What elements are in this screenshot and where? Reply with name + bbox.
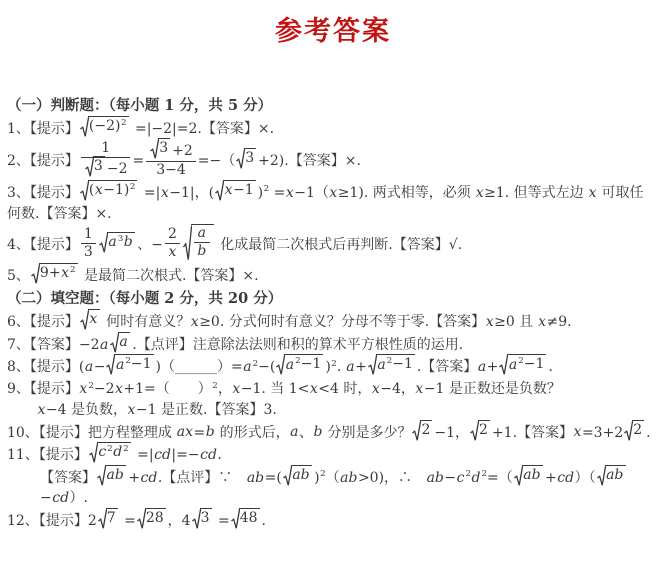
fraction: ab <box>194 225 210 261</box>
text-run: . <box>337 359 346 375</box>
math-var: x <box>160 185 169 201</box>
text-run: 何数.【答案】×. <box>7 206 112 222</box>
text-run: 6、【提示】 <box>7 314 79 330</box>
text-run: ) <box>314 470 319 486</box>
sqrt-expression: a3b <box>99 232 135 254</box>
text-run: 3、【提示】 <box>7 185 79 201</box>
text-run: + <box>487 359 499 375</box>
text-run: −1 <box>301 357 322 373</box>
text-run: −1 <box>524 357 545 373</box>
sqrt-expression: a2−1 <box>106 354 153 376</box>
text-run: −4 是负数， <box>46 402 127 418</box>
sqrt-expression: 28 <box>137 508 166 530</box>
math-var: x <box>232 381 241 397</box>
math-var: x <box>168 244 177 260</box>
text-run: 2 <box>421 422 430 438</box>
math-var: b <box>205 424 215 440</box>
sqrt-expression: ab <box>97 465 126 487</box>
sqrt-expression: 9+x2 <box>31 263 78 285</box>
text-run: =| <box>139 185 160 201</box>
fraction: 13 <box>81 226 96 262</box>
sqrt-expression: x−1 <box>215 180 256 202</box>
text-run: <4 时， <box>318 381 371 397</box>
math-var: a <box>346 359 355 375</box>
text-run: −1 是正数还是负数？ <box>424 381 561 397</box>
section-heading: （一）判断题：（每小题 1 分，共 5 分） <box>7 95 659 116</box>
text-run: 化成最简二次根式后再判断.【答案】√. <box>216 237 462 253</box>
text-run: −( <box>258 359 275 375</box>
text-run: 的形式后， <box>215 424 289 440</box>
text-run: −1 <box>131 357 152 373</box>
answer-line: 2、【提示】13−2=3+23−4=−（3+2).【答案】×. <box>7 141 659 181</box>
sqrt-expression: (−2)2 <box>80 116 129 138</box>
text-run: − <box>94 359 106 375</box>
math-var: b <box>123 234 133 250</box>
denominator: x <box>165 244 180 262</box>
sqrt-expression: 3 <box>192 508 212 530</box>
text-run: 9、【提示】 <box>7 381 79 397</box>
section-heading: （二）填空题：（每小题 2 分，共 20 分） <box>7 288 659 309</box>
text-run: 2 <box>479 422 488 438</box>
radicand: 2 <box>632 420 644 442</box>
answer-line: 6、【提示】x 何时有意义？x≥0. 分式何时有意义？分母不等于零.【答案】x≥… <box>7 311 659 333</box>
sqrt-expression: 3 <box>150 138 170 160</box>
math-var: cd <box>200 447 218 463</box>
answer-line: 5、9+x2 是最简二次根式.【答案】×. <box>7 265 659 287</box>
radicand: ab <box>191 224 214 262</box>
text-run: ）（ <box>575 470 596 486</box>
text-run: = <box>120 513 136 529</box>
numerator: a <box>194 225 210 244</box>
text-run: . <box>217 447 221 463</box>
radicand: c2d2 <box>97 442 131 464</box>
math-var: b <box>197 243 207 259</box>
math-var: ab <box>292 467 310 483</box>
math-var: a <box>115 357 124 373</box>
math-var: a <box>84 359 93 375</box>
text-run: 48 <box>240 510 258 526</box>
numerator: 2 <box>165 226 180 245</box>
math-var: ab <box>340 470 358 486</box>
radicand: 2 <box>420 420 432 442</box>
text-run: ≥0 且 <box>494 314 538 330</box>
math-var: x <box>127 402 136 418</box>
text-run: ，4 <box>168 513 191 529</box>
radicand: 3 <box>93 156 105 178</box>
math-var: x <box>415 381 424 397</box>
answer-line: 何数.【答案】×. <box>7 204 659 224</box>
math-var: cd <box>52 490 70 506</box>
math-var: cd <box>154 447 172 463</box>
math-var: c <box>456 470 465 486</box>
sqrt-expression: c2d2 <box>89 442 131 464</box>
radicand: 7 <box>106 508 118 530</box>
math-var: a <box>290 424 299 440</box>
math-var: x <box>79 381 88 397</box>
numerator: 1 <box>81 226 96 245</box>
text-run: =3+2 <box>582 424 623 440</box>
text-run: −1 是正数.【答案】3. <box>136 402 277 418</box>
text-run: (−2) <box>89 118 121 134</box>
sqrt-expression: 2 <box>470 420 490 442</box>
text-run: + <box>128 470 140 486</box>
text-run: 、 <box>299 424 313 440</box>
text-run: 、− <box>137 237 163 253</box>
math-var: x <box>485 314 494 330</box>
math-var: cd <box>557 470 575 486</box>
radicand: ab <box>291 465 312 487</box>
text-run: 5、 <box>7 267 30 283</box>
text-run: 10、【提示】把方程整理成 <box>7 424 176 440</box>
text-run: ， <box>218 381 232 397</box>
page-title: 参考答案 <box>7 14 659 49</box>
text-run: 2、【提示】 <box>7 153 79 169</box>
radicand: ab <box>605 465 626 487</box>
text-run: +2).【答案】×. <box>258 153 361 169</box>
fraction: 13−2 <box>81 140 131 180</box>
answer-sheet-page: 参考答案 （一）判断题：（每小题 1 分，共 5 分）1、【提示】(−2)2 =… <box>0 0 665 531</box>
text-run: .【点评】∵ <box>158 470 246 486</box>
answer-line: 11、【提示】c2d2 =|cd|=−cd. <box>7 444 659 466</box>
text-run: .【点评】注意除法法则和积的算术平方根性质的运用. <box>132 337 463 353</box>
text-run: −1|，( <box>169 185 214 201</box>
text-run: （ <box>326 470 340 486</box>
text-run: ≥1). 两式相等，必须 <box>338 185 475 201</box>
text-run: ≥0. 分式何时有意义？分母不等于零.【答案】 <box>199 314 485 330</box>
superscript: 2 <box>70 265 76 275</box>
math-var: ab <box>106 467 124 483</box>
radicand: a2−1 <box>507 354 546 376</box>
math-var: x <box>588 185 597 201</box>
math-var: x <box>190 314 199 330</box>
radicand: a <box>118 332 130 354</box>
text-run: 7、【答案】−2 <box>7 337 100 353</box>
text-run: −1) <box>103 182 129 198</box>
math-var: a <box>108 234 117 250</box>
math-var: a <box>377 357 386 373</box>
radicand: x−1 <box>223 180 256 202</box>
math-var: x <box>224 182 233 198</box>
text-run: 9+ <box>40 265 61 281</box>
sqrt-expression: 2 <box>412 420 432 442</box>
text-run: ≠9. <box>547 314 572 330</box>
text-run: 可取任 <box>597 185 643 201</box>
radicand: a2−1 <box>376 354 415 376</box>
text-run: 分别是多少？ <box>323 424 411 440</box>
radicand: (x−1)2 <box>88 180 138 202</box>
radicand: 3 <box>200 508 212 530</box>
sqrt-expression: ab <box>183 224 214 262</box>
sqrt-expression: 48 <box>231 508 260 530</box>
text-run: −2 <box>94 381 115 397</box>
sqrt-expression: x <box>80 309 100 331</box>
denominator: 3−2 <box>81 158 131 180</box>
superscript: 2 <box>130 182 136 192</box>
math-var: a <box>285 357 294 373</box>
text-run: . <box>548 359 552 375</box>
math-var: b <box>313 424 323 440</box>
answer-line: 9、【提示】x2−2x+1=（ ）2，x−1. 当 1<x<4 时，x−4，x−… <box>7 379 659 399</box>
fraction: 3+23−4 <box>146 140 196 180</box>
answer-line: 4、【提示】13a3b、−2xab 化成最简二次根式后再判断.【答案】√. <box>7 226 659 264</box>
math-var: x <box>89 311 98 327</box>
math-var: x <box>538 314 547 330</box>
text-run: 12、【提示】2 <box>7 513 97 529</box>
math-var: c <box>98 444 107 460</box>
text-run: + <box>545 470 557 486</box>
sqrt-expression: ab <box>597 465 626 487</box>
radicand: 9+x2 <box>39 263 78 285</box>
math-var: a <box>477 359 486 375</box>
text-run: =（ <box>487 470 513 486</box>
sqrt-expression: a2−1 <box>368 354 415 376</box>
radicand: 3 <box>244 148 256 170</box>
text-run: +1=（ ） <box>123 381 211 397</box>
text-run: ≥1. 但等式左边 <box>484 185 588 201</box>
text-run: 何时有意义？ <box>102 314 190 330</box>
radicand: 2 <box>478 420 490 442</box>
text-run: 1 <box>101 140 110 156</box>
document-body: （一）判断题：（每小题 1 分，共 5 分）1、【提示】(−2)2 =|−2|=… <box>7 95 659 531</box>
math-var: x <box>61 265 70 281</box>
radicand: ab <box>522 465 543 487</box>
text-run: >0)，∴ <box>358 470 426 486</box>
text-run: −1， <box>434 424 469 440</box>
math-var: x <box>573 424 582 440</box>
text-run: −1（ <box>294 185 329 201</box>
math-var: ax <box>176 424 193 440</box>
answer-line: 12、【提示】27 =28，43 =48. <box>7 510 659 532</box>
text-run: = <box>269 185 285 201</box>
text-run: 是最简二次根式.【答案】×. <box>80 267 259 283</box>
text-run: =|−2|=2.【答案】×. <box>131 121 275 137</box>
math-var: x <box>285 185 294 201</box>
superscript: 2 <box>123 444 129 454</box>
radicand: ab <box>105 465 126 487</box>
text-run: =( <box>265 470 282 486</box>
superscript: 2 <box>121 118 127 128</box>
sqrt-expression: 3 <box>85 156 105 178</box>
answer-line: 3、【提示】(x−1)2 =|x−1|，(x−1)2 =x−1（x≥1). 两式… <box>7 182 659 204</box>
answer-line: 8、【提示】(a−a2−1)（______）=a2−(a2−1)2. a+a2−… <box>7 356 659 378</box>
text-run: 1 <box>84 226 93 242</box>
text-run: 8、【提示】( <box>7 359 84 375</box>
text-run: ) <box>258 185 263 201</box>
text-run: 28 <box>146 510 164 526</box>
math-var: ab <box>426 470 444 486</box>
math-var: a <box>197 225 206 241</box>
text-run: −1 <box>392 357 413 373</box>
text-run: −2 <box>107 161 128 177</box>
text-run: = <box>194 424 206 440</box>
math-var: d <box>471 470 481 486</box>
text-run: |=− <box>171 447 199 463</box>
radicand: x <box>88 309 100 331</box>
denominator: 3 <box>81 244 96 262</box>
math-var: x <box>475 185 484 201</box>
text-run: −4， <box>380 381 415 397</box>
sqrt-expression: ab <box>283 465 312 487</box>
text-run: − <box>444 470 456 486</box>
math-var: x <box>371 381 380 397</box>
math-var: x <box>37 402 46 418</box>
math-var: cd <box>140 470 158 486</box>
text-run: 3−4 <box>156 162 186 178</box>
answer-line: 7、【答案】−2aa.【点评】注意除法法则和积的算术平方根性质的运用. <box>7 334 659 356</box>
text-run: +2 <box>172 143 193 159</box>
radicand: 3 <box>158 138 170 160</box>
text-run: =−（ <box>198 153 235 169</box>
answer-line: 1、【提示】(−2)2 =|−2|=2.【答案】×. <box>7 118 659 140</box>
radicand: a2−1 <box>284 354 323 376</box>
radicand: (−2)2 <box>88 116 129 138</box>
math-var: x <box>309 381 318 397</box>
sqrt-expression: a <box>110 332 130 354</box>
text-run: 3 <box>245 150 254 166</box>
text-run: ）. <box>70 490 88 506</box>
text-run: 11、【提示】 <box>7 447 88 463</box>
math-var: ab <box>246 470 264 486</box>
math-var: ab <box>606 467 624 483</box>
text-run: 1、【提示】 <box>7 121 79 137</box>
text-run: = <box>214 513 230 529</box>
text-run: 2 <box>168 226 177 242</box>
answer-line: 【答案】ab+cd.【点评】∵ ab=(ab)2（ab>0)，∴ ab−c2d2… <box>7 467 659 509</box>
denominator: b <box>194 243 210 261</box>
numerator: 3+2 <box>146 140 196 163</box>
text-run: 4、【提示】 <box>7 237 79 253</box>
sqrt-expression: 2 <box>624 420 644 442</box>
text-run: . <box>262 513 266 529</box>
text-run: . <box>646 424 650 440</box>
math-var: a <box>508 357 517 373</box>
text-run: −1. 当 1< <box>241 381 310 397</box>
math-var: a <box>243 359 252 375</box>
text-run: )（______）= <box>156 359 243 375</box>
text-run: 3 <box>159 140 168 156</box>
text-run: =| <box>133 447 154 463</box>
text-run: = <box>132 153 144 169</box>
text-run: 【答案】 <box>40 470 96 486</box>
text-run: − <box>40 490 52 506</box>
text-run: 7 <box>107 510 116 526</box>
text-run: −1 <box>233 182 254 198</box>
math-var: d <box>113 444 123 460</box>
text-run: ) <box>325 359 330 375</box>
fraction: 2x <box>165 226 180 262</box>
text-run: .【答案】 <box>417 359 477 375</box>
sqrt-expression: ab <box>514 465 543 487</box>
math-var: a <box>119 334 128 350</box>
denominator: 3−4 <box>146 162 196 180</box>
sqrt-expression: 7 <box>98 508 118 530</box>
text-run: + <box>355 359 367 375</box>
radicand: a3b <box>107 232 135 254</box>
radicand: 28 <box>145 508 166 530</box>
math-var: ab <box>523 467 541 483</box>
text-run: 3 <box>94 158 103 174</box>
sqrt-expression: (x−1)2 <box>80 180 138 202</box>
sqrt-expression: 3 <box>236 148 256 170</box>
text-run: 3 <box>84 244 93 260</box>
sqrt-expression: a2−1 <box>499 354 546 376</box>
text-run: 3 <box>201 510 210 526</box>
answer-line: x−4 是负数，x−1 是正数.【答案】3. <box>7 400 659 420</box>
radicand: a2−1 <box>114 354 153 376</box>
sqrt-expression: a2−1 <box>276 354 323 376</box>
radicand: 48 <box>239 508 260 530</box>
math-var: a <box>100 337 109 353</box>
math-var: x <box>329 185 338 201</box>
answer-line: 10、【提示】把方程整理成 ax=b 的形式后，a、b 分别是多少？2−1，2+… <box>7 422 659 444</box>
text-run: +1.【答案】 <box>492 424 573 440</box>
text-run: 2 <box>633 422 642 438</box>
